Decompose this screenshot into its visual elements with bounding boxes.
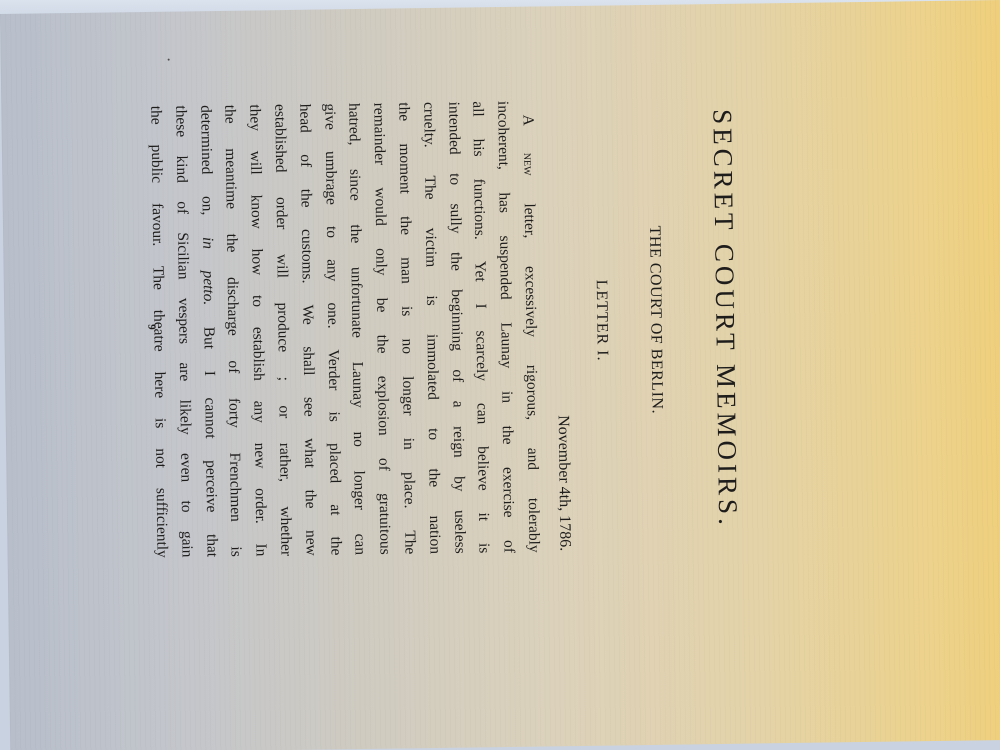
page-title: SECRET COURT MEMOIRS. [706, 84, 744, 554]
letter-body: A new letter, excessively rigorous, and … [143, 100, 546, 557]
body-line-suffix: But I cannot perceive that [200, 305, 221, 557]
letter-heading: LETTER I. [589, 86, 614, 556]
italic-phrase: in petto. [199, 237, 217, 305]
book-page-paper: SECRET COURT MEMOIRS. THE COURT OF BERLI… [0, 0, 1000, 750]
letter-date: November 4th, 1786. [549, 86, 573, 551]
book-page-content: SECRET COURT MEMOIRS. THE COURT OF BERLI… [289, 83, 766, 590]
opening-initial: A [519, 101, 536, 126]
page-subtitle: THE COURT OF BERLIN. [643, 85, 668, 555]
body-line-prefix: determined on, [197, 105, 216, 237]
opening-small-caps: new [520, 153, 535, 176]
body-line-text: letter, excessively rigorous, and tolera… [520, 175, 542, 552]
paper-speck [168, 59, 170, 61]
